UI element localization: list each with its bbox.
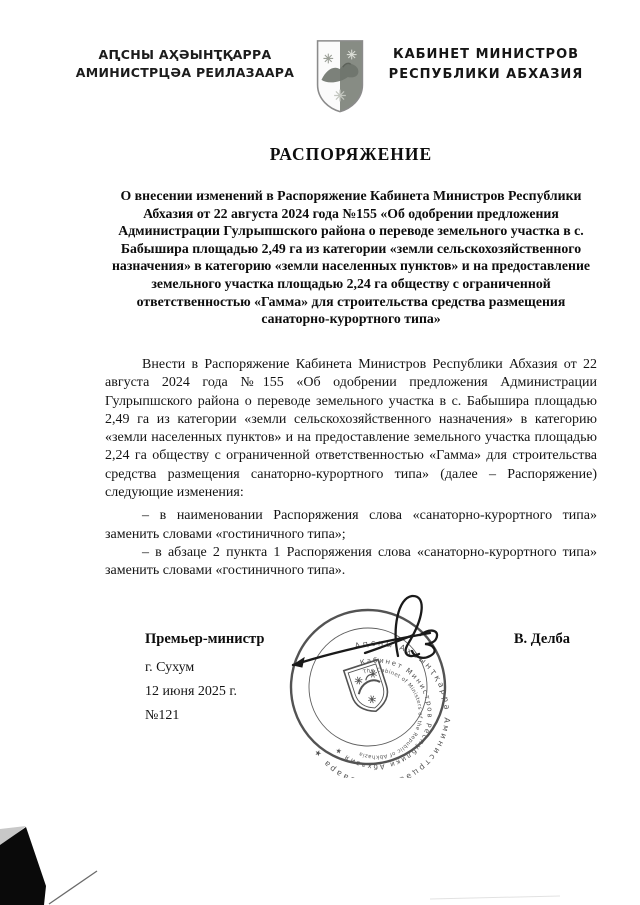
signatory-name: В. Делба — [470, 631, 570, 648]
header-org-name-abkhaz-line1: АԤСНЫ АҲӘЫНҬҚАРРА — [70, 46, 300, 64]
scan-corner-artifact — [0, 820, 640, 905]
document-city: г. Сухум — [145, 660, 194, 676]
document-date: 12 июня 2025 г. — [145, 684, 237, 700]
document-page: АԤСНЫ АҲӘЫНҬҚАРРА АМИНИСТРЦӘА РЕИЛАЗААРА… — [0, 0, 640, 905]
header-org-name-russian: КАБИНЕТ МИНИСТРОВ РЕСПУБЛИКИ АБХАЗИЯ — [386, 45, 586, 85]
scan-smudge-line — [430, 896, 560, 899]
document-subject: О внесении изменений в Распоряжение Каби… — [105, 187, 597, 328]
amendment-item-1: – в наименовании Распоряжения слова «сан… — [105, 507, 597, 544]
seal-body: Аԥсны Аҳәынҭқарра Аминистрцәа Реилазаара… — [280, 590, 465, 778]
body-paragraph: Внести в Распоряжение Кабинета Министров… — [105, 356, 597, 502]
official-seal-stamp: Аԥсны Аҳәынҭқарра Аминистрцәа Реилазаара… — [280, 588, 465, 778]
header-org-name-abkhaz: АԤСНЫ АҲӘЫНҬҚАРРА АМИНИСТРЦӘА РЕИЛАЗААРА — [70, 46, 300, 82]
header-org-name-russian-line2: РЕСПУБЛИКИ АБХАЗИЯ — [386, 65, 586, 85]
header-org-name-russian-line1: КАБИНЕТ МИНИСТРОВ — [386, 45, 586, 65]
amendment-item-2: – в абзаце 2 пункта 1 Распоряжения слова… — [105, 544, 597, 581]
signatory-position: Премьер-министр — [145, 631, 264, 648]
document-title: РАСПОРЯЖЕНИЕ — [105, 144, 597, 165]
document-number: №121 — [145, 708, 179, 724]
header-org-name-abkhaz-line2: АМИНИСТРЦӘА РЕИЛАЗААРА — [70, 64, 300, 82]
corner-crease-line — [49, 871, 97, 904]
coat-of-arms-icon — [313, 37, 367, 115]
seal-center-shield — [344, 660, 393, 717]
document-body: Внести в Распоряжение Кабинета Министров… — [105, 356, 597, 581]
